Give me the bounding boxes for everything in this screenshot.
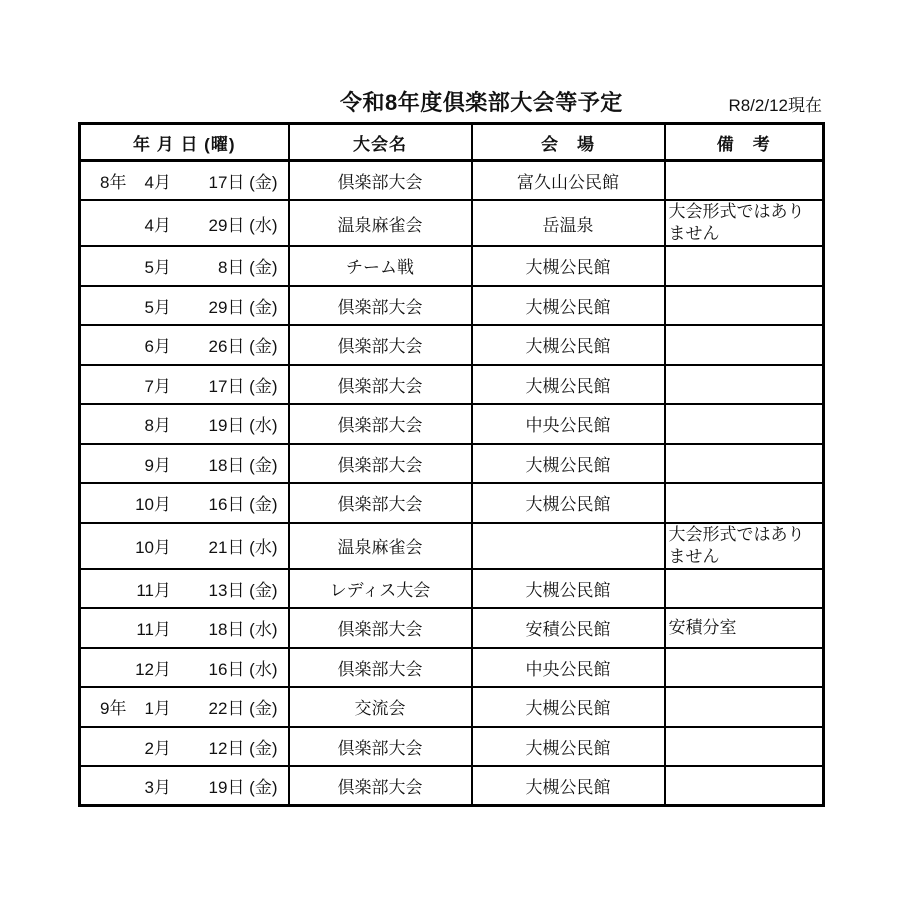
day-label: 22日 (金) — [171, 694, 288, 719]
date-wrap: 11月 13日 (金) — [81, 576, 288, 601]
date-wrap: 11月 18日 (水) — [81, 615, 288, 640]
note-cell — [665, 444, 824, 484]
date-wrap: 3月 19日 (金) — [81, 773, 288, 798]
header-note: 備 考 — [665, 124, 824, 161]
month-label: 2月 — [129, 734, 171, 759]
date-cell: 6月 26日 (金) — [80, 325, 289, 365]
date-cell: 2月 12日 (金) — [80, 727, 289, 767]
month-label: 1月 — [129, 694, 171, 719]
day-label: 21日 (水) — [171, 533, 288, 558]
table-row: 12月 16日 (水) 倶楽部大会 中央公民館 — [80, 648, 824, 688]
date-wrap: 6月 26日 (金) — [81, 332, 288, 357]
table-row: 10月 16日 (金) 倶楽部大会 大槻公民館 — [80, 483, 824, 523]
date-cell: 5月 8日 (金) — [80, 246, 289, 286]
month-label: 10月 — [129, 490, 171, 515]
day-label: 12日 (金) — [171, 734, 288, 759]
month-label: 5月 — [129, 293, 171, 318]
venue-cell: 大槻公民館 — [472, 365, 665, 405]
note-cell — [665, 365, 824, 405]
date-wrap: 5月 29日 (金) — [81, 293, 288, 318]
date-wrap: 4月 29日 (水) — [81, 211, 288, 236]
note-cell — [665, 727, 824, 767]
day-label: 19日 (水) — [171, 411, 288, 436]
event-cell: 倶楽部大会 — [289, 325, 472, 365]
event-cell: 倶楽部大会 — [289, 404, 472, 444]
venue-cell: 大槻公民館 — [472, 483, 665, 523]
table-row: 2月 12日 (金) 倶楽部大会 大槻公民館 — [80, 727, 824, 767]
event-cell: 倶楽部大会 — [289, 608, 472, 648]
event-cell: 倶楽部大会 — [289, 648, 472, 688]
date-cell: 8年 4月 17日 (金) — [80, 161, 289, 201]
venue-cell — [472, 523, 665, 569]
venue-cell: 中央公民館 — [472, 404, 665, 444]
event-cell: 交流会 — [289, 687, 472, 727]
date-cell: 7月 17日 (金) — [80, 365, 289, 405]
day-label: 17日 (金) — [171, 168, 288, 193]
date-wrap: 10月 21日 (水) — [81, 533, 288, 558]
table-row: 4月 29日 (水) 温泉麻雀会 岳温泉 大会形式ではありません — [80, 200, 824, 246]
date-wrap: 5月 8日 (金) — [81, 253, 288, 278]
date-cell: 5月 29日 (金) — [80, 286, 289, 326]
note-cell — [665, 286, 824, 326]
event-cell: 倶楽部大会 — [289, 766, 472, 806]
date-cell: 10月 16日 (金) — [80, 483, 289, 523]
month-label: 4月 — [129, 211, 171, 236]
date-wrap: 2月 12日 (金) — [81, 734, 288, 759]
note-cell — [665, 404, 824, 444]
month-label: 11月 — [129, 615, 171, 640]
schedule-table-body: 8年 4月 17日 (金) 倶楽部大会 富久山公民館 4月 29日 (水) 温泉… — [80, 161, 824, 806]
venue-cell: 大槻公民館 — [472, 444, 665, 484]
day-label: 8日 (金) — [171, 253, 288, 278]
event-cell: レディス大会 — [289, 569, 472, 609]
note-cell: 大会形式ではありません — [665, 200, 824, 246]
month-label: 3月 — [129, 773, 171, 798]
venue-cell: 岳温泉 — [472, 200, 665, 246]
note-cell — [665, 325, 824, 365]
schedule-table: 年 月 日 (曜) 大会名 会 場 備 考 8年 4月 17日 (金) 倶楽部大… — [78, 122, 825, 807]
venue-cell: 中央公民館 — [472, 648, 665, 688]
date-cell: 9年 1月 22日 (金) — [80, 687, 289, 727]
date-wrap: 7月 17日 (金) — [81, 372, 288, 397]
day-label: 17日 (金) — [171, 372, 288, 397]
event-cell: 倶楽部大会 — [289, 161, 472, 201]
table-row: 8月 19日 (水) 倶楽部大会 中央公民館 — [80, 404, 824, 444]
document-page: 令和8年度倶楽部大会等予定 R8/2/12現在 年 月 日 (曜) 大会名 会 … — [0, 0, 900, 900]
date-cell: 8月 19日 (水) — [80, 404, 289, 444]
note-cell — [665, 766, 824, 806]
date-wrap: 10月 16日 (金) — [81, 490, 288, 515]
date-wrap: 9月 18日 (金) — [81, 451, 288, 476]
day-label: 13日 (金) — [171, 576, 288, 601]
event-cell: チーム戦 — [289, 246, 472, 286]
event-cell: 倶楽部大会 — [289, 444, 472, 484]
day-label: 29日 (水) — [171, 211, 288, 236]
header-event: 大会名 — [289, 124, 472, 161]
header-date: 年 月 日 (曜) — [80, 124, 289, 161]
venue-cell: 大槻公民館 — [472, 569, 665, 609]
venue-cell: 富久山公民館 — [472, 161, 665, 201]
day-label: 18日 (金) — [171, 451, 288, 476]
day-label: 16日 (水) — [171, 655, 288, 680]
day-label: 19日 (金) — [171, 773, 288, 798]
table-row: 9年 1月 22日 (金) 交流会 大槻公民館 — [80, 687, 824, 727]
venue-cell: 大槻公民館 — [472, 286, 665, 326]
page-title: 令和8年度倶楽部大会等予定 — [340, 86, 623, 117]
venue-cell: 大槻公民館 — [472, 687, 665, 727]
date-cell: 10月 21日 (水) — [80, 523, 289, 569]
table-row: 5月 29日 (金) 倶楽部大会 大槻公民館 — [80, 286, 824, 326]
table-row: 3月 19日 (金) 倶楽部大会 大槻公民館 — [80, 766, 824, 806]
month-label: 10月 — [129, 533, 171, 558]
month-label: 4月 — [129, 168, 171, 193]
year-label: 8年 — [81, 168, 129, 193]
note-cell — [665, 161, 824, 201]
table-row: 8年 4月 17日 (金) 倶楽部大会 富久山公民館 — [80, 161, 824, 201]
note-cell — [665, 648, 824, 688]
table-row: 10月 21日 (水) 温泉麻雀会 大会形式ではありません — [80, 523, 824, 569]
header-venue: 会 場 — [472, 124, 665, 161]
date-wrap: 8年 4月 17日 (金) — [81, 168, 288, 193]
date-cell: 11月 13日 (金) — [80, 569, 289, 609]
event-cell: 温泉麻雀会 — [289, 523, 472, 569]
date-cell: 11月 18日 (水) — [80, 608, 289, 648]
month-label: 8月 — [129, 411, 171, 436]
month-label: 11月 — [129, 576, 171, 601]
venue-cell: 安積公民館 — [472, 608, 665, 648]
table-row: 7月 17日 (金) 倶楽部大会 大槻公民館 — [80, 365, 824, 405]
month-label: 9月 — [129, 451, 171, 476]
venue-cell: 大槻公民館 — [472, 727, 665, 767]
venue-cell: 大槻公民館 — [472, 325, 665, 365]
day-label: 16日 (金) — [171, 490, 288, 515]
month-label: 12月 — [129, 655, 171, 680]
date-cell: 9月 18日 (金) — [80, 444, 289, 484]
date-wrap: 8月 19日 (水) — [81, 411, 288, 436]
as-of-date-label: R8/2/12現在 — [728, 91, 822, 116]
event-cell: 温泉麻雀会 — [289, 200, 472, 246]
note-cell — [665, 246, 824, 286]
month-label: 6月 — [129, 332, 171, 357]
event-cell: 倶楽部大会 — [289, 727, 472, 767]
day-label: 18日 (水) — [171, 615, 288, 640]
venue-cell: 大槻公民館 — [472, 766, 665, 806]
note-cell — [665, 569, 824, 609]
date-cell: 12月 16日 (水) — [80, 648, 289, 688]
table-row: 5月 8日 (金) チーム戦 大槻公民館 — [80, 246, 824, 286]
event-cell: 倶楽部大会 — [289, 483, 472, 523]
day-label: 29日 (金) — [171, 293, 288, 318]
note-cell — [665, 483, 824, 523]
note-cell: 大会形式ではありません — [665, 523, 824, 569]
event-cell: 倶楽部大会 — [289, 365, 472, 405]
table-row: 11月 13日 (金) レディス大会 大槻公民館 — [80, 569, 824, 609]
date-cell: 4月 29日 (水) — [80, 200, 289, 246]
note-cell: 安積分室 — [665, 608, 824, 648]
day-label: 26日 (金) — [171, 332, 288, 357]
month-label: 7月 — [129, 372, 171, 397]
date-wrap: 9年 1月 22日 (金) — [81, 694, 288, 719]
month-label: 5月 — [129, 253, 171, 278]
venue-cell: 大槻公民館 — [472, 246, 665, 286]
note-cell — [665, 687, 824, 727]
date-wrap: 12月 16日 (水) — [81, 655, 288, 680]
table-row: 11月 18日 (水) 倶楽部大会 安積公民館 安積分室 — [80, 608, 824, 648]
table-header-row: 年 月 日 (曜) 大会名 会 場 備 考 — [80, 124, 824, 161]
event-cell: 倶楽部大会 — [289, 286, 472, 326]
table-row: 6月 26日 (金) 倶楽部大会 大槻公民館 — [80, 325, 824, 365]
date-cell: 3月 19日 (金) — [80, 766, 289, 806]
year-label: 9年 — [81, 694, 129, 719]
table-row: 9月 18日 (金) 倶楽部大会 大槻公民館 — [80, 444, 824, 484]
